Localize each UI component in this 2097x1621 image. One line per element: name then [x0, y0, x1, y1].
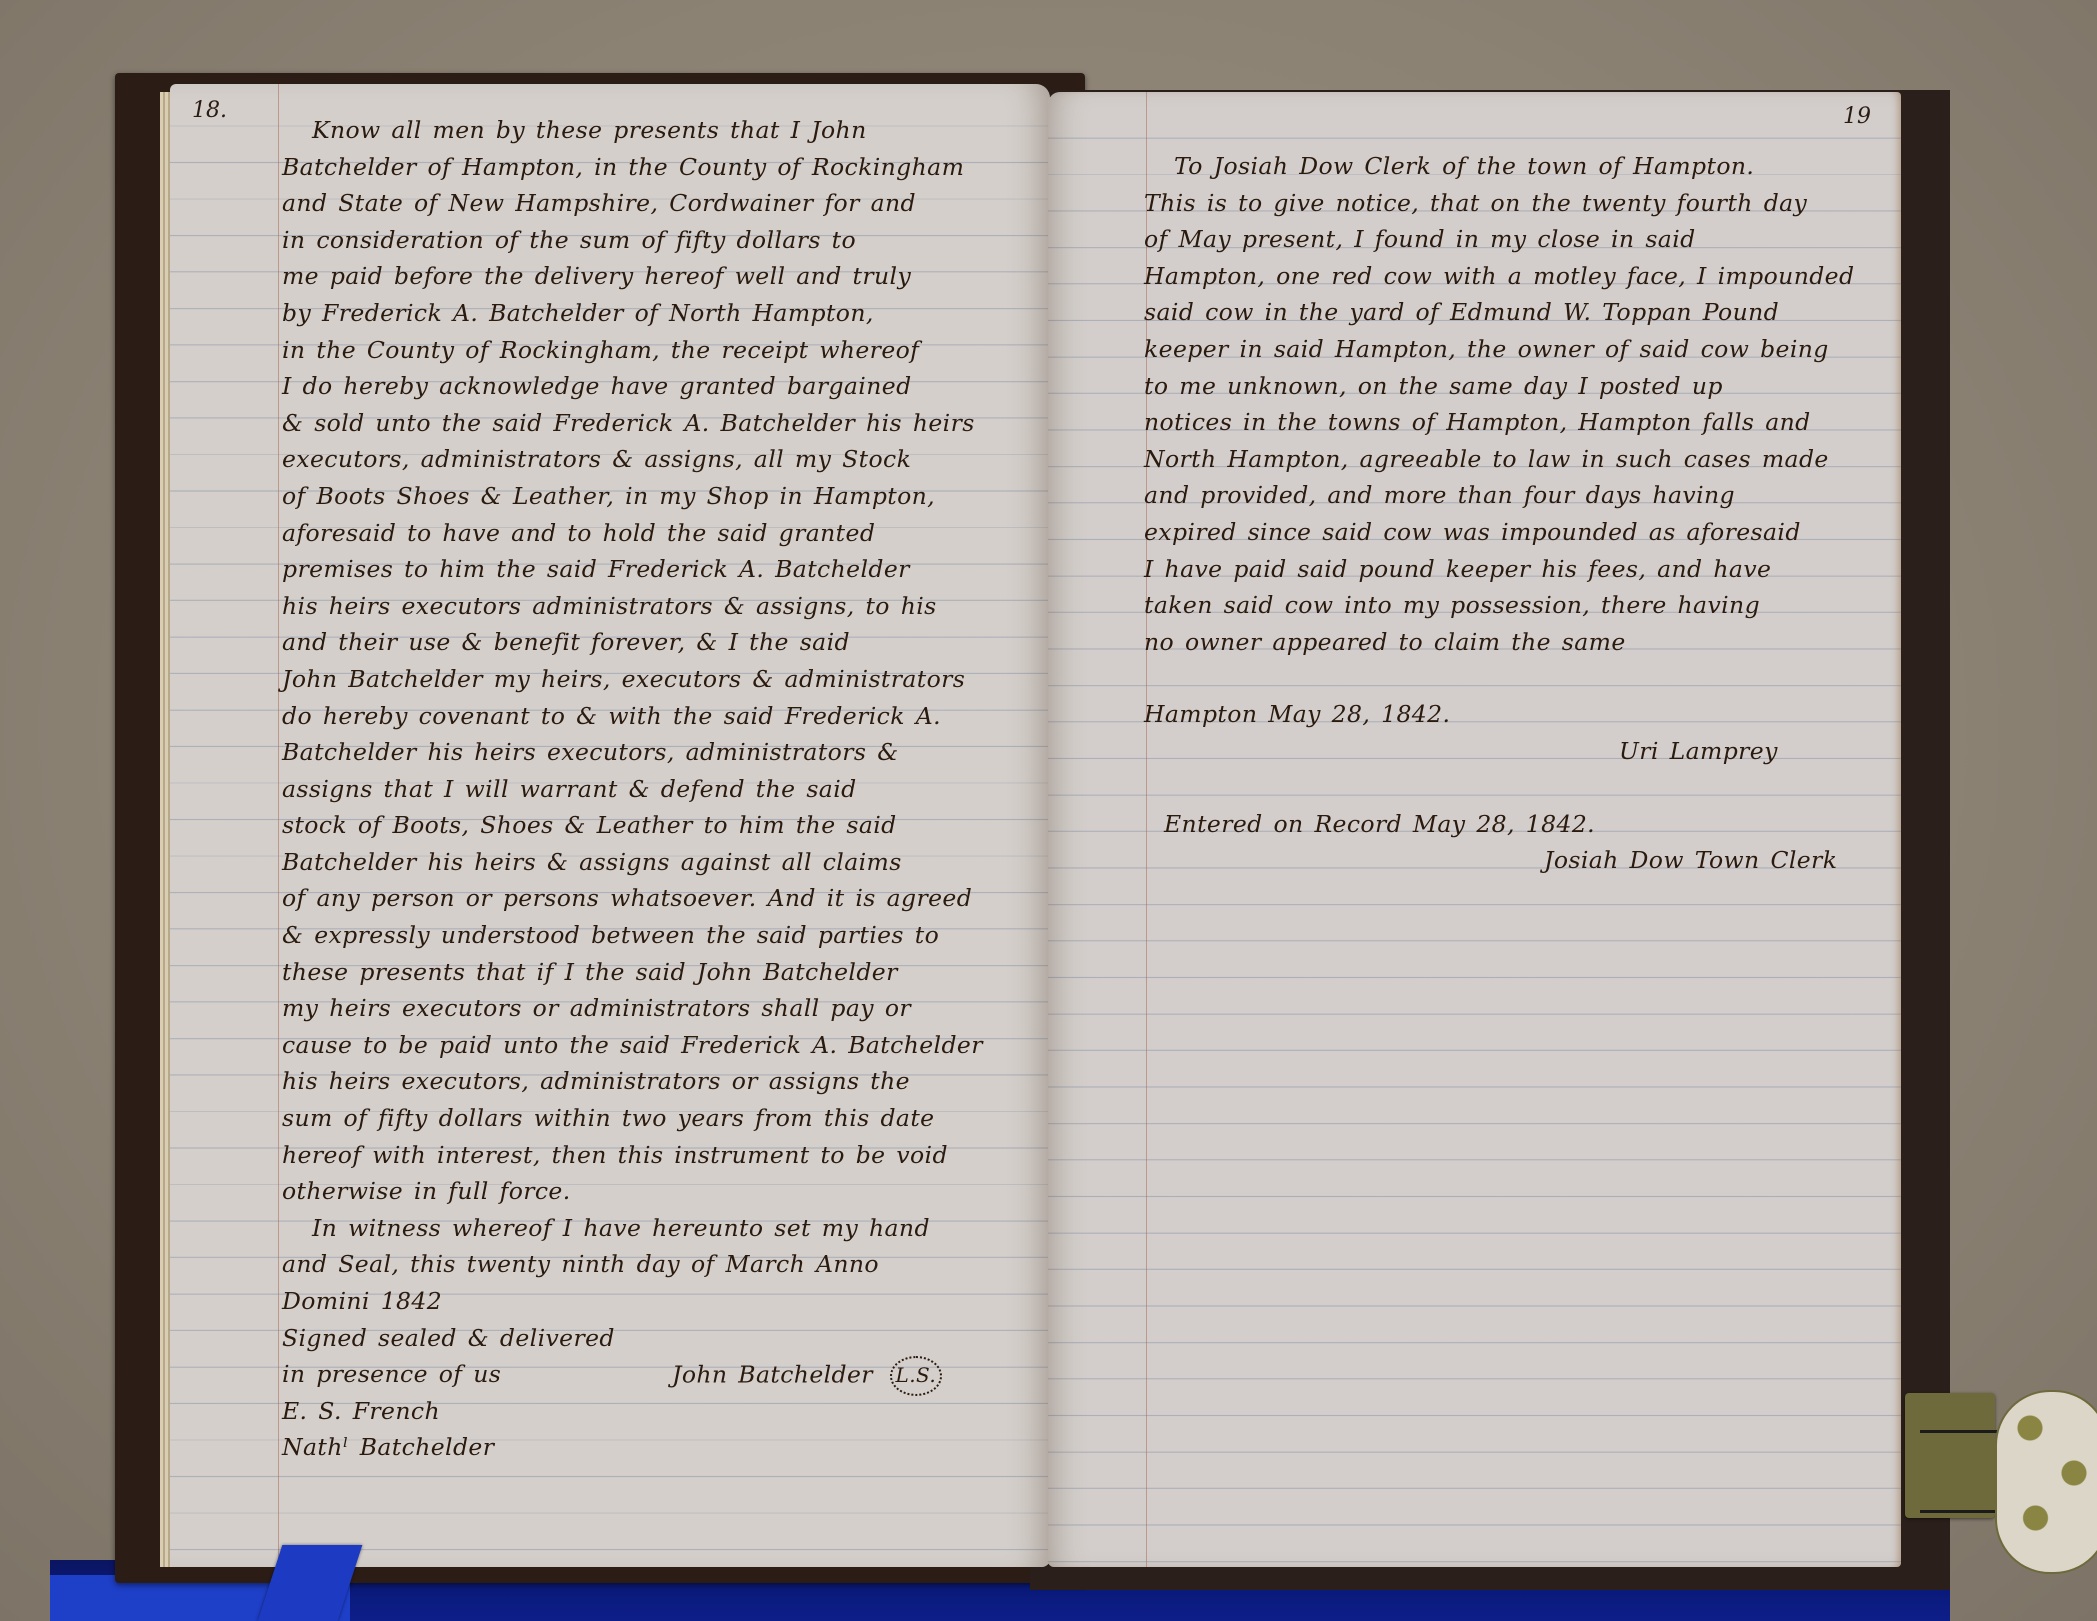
text-line: these presents that if I the said John B… — [282, 954, 1042, 991]
text-line: do hereby covenant to & with the said Fr… — [282, 698, 1042, 735]
witness-name: Nathˡ Batchelder — [282, 1429, 1042, 1466]
text-line: premises to him the said Frederick A. Ba… — [282, 551, 1042, 588]
text-line: of May present, I found in my close in s… — [1144, 221, 1884, 258]
text-line: me paid before the delivery hereof well … — [282, 258, 1042, 295]
text-line: I do hereby acknowledge have granted bar… — [282, 368, 1042, 405]
text-line: This is to give notice, that on the twen… — [1144, 185, 1884, 222]
grantor-signature: John Batchelder L.S. — [672, 1356, 942, 1396]
text-line: by Frederick A. Batchelder of North Hamp… — [282, 295, 1042, 332]
entry-note: Entered on Record May 28, 1842. — [1144, 806, 1884, 843]
text-line: sum of fifty dollars within two years fr… — [282, 1100, 1042, 1137]
text-line: to me unknown, on the same day I posted … — [1144, 368, 1884, 405]
text-line: Batchelder of Hampton, in the County of … — [282, 149, 1042, 186]
text-line: Batchelder his heirs & assigns against a… — [282, 844, 1042, 881]
text-line: executors, administrators & assigns, all… — [282, 441, 1042, 478]
witness-clause-line: Domini 1842 — [282, 1283, 1042, 1320]
text-line: said cow in the yard of Edmund W. Toppan… — [1144, 294, 1884, 331]
impound-notice-text: To Josiah Dow Clerk of the town of Hampt… — [1144, 148, 1884, 879]
text-line: in consideration of the sum of fifty dol… — [282, 222, 1042, 259]
text-line: in the County of Rockingham, the receipt… — [282, 332, 1042, 369]
text-line: taken said cow into my possession, there… — [1144, 587, 1884, 624]
text-line: hereof with interest, then this instrume… — [282, 1137, 1042, 1174]
clerk-signature: Josiah Dow Town Clerk — [1144, 842, 1884, 879]
text-line: I have paid said pound keeper his fees, … — [1144, 551, 1884, 588]
seal-icon: L.S. — [890, 1356, 942, 1396]
bill-of-sale-text: Know all men by these presents that I Jo… — [282, 112, 1042, 1466]
text-line: no owner appeared to claim the same — [1144, 624, 1884, 661]
text-line: and State of New Hampshire, Cordwainer f… — [282, 185, 1042, 222]
text-line: of any person or persons whatsoever. And… — [282, 880, 1042, 917]
text-line: otherwise in full force. — [282, 1173, 1042, 1210]
text-line: stock of Boots, Shoes & Leather to him t… — [282, 807, 1042, 844]
text-line: North Hampton, agreeable to law in such … — [1144, 441, 1884, 478]
text-line: aforesaid to have and to hold the said g… — [282, 515, 1042, 552]
text-line: notices in the towns of Hampton, Hampton… — [1144, 404, 1884, 441]
text-line: cause to be paid unto the said Frederick… — [282, 1027, 1042, 1064]
attestation-line: in presence of us — [282, 1360, 501, 1388]
text-line: Hampton, one red cow with a motley face,… — [1144, 258, 1884, 295]
margin-rule — [278, 84, 279, 1567]
text-line: Know all men by these presents that I Jo… — [282, 112, 1042, 149]
page-number: 19 — [1843, 104, 1871, 129]
signer-signature: Uri Lamprey — [1144, 733, 1884, 770]
witness-name: E. S. French — [282, 1393, 1042, 1430]
text-line: my heirs executors or administrators sha… — [282, 990, 1042, 1027]
text-line: and provided, and more than four days ha… — [1144, 477, 1884, 514]
text-line: Batchelder his heirs executors, administ… — [282, 734, 1042, 771]
right-page: 19 To Josiah Dow Clerk of the town of Ha… — [1048, 92, 1901, 1567]
text-line: & expressly understood between the said … — [282, 917, 1042, 954]
signature-name: John Batchelder — [672, 1361, 873, 1389]
text-line: and their use & benefit forever, & I the… — [282, 624, 1042, 661]
text-line: of Boots Shoes & Leather, in my Shop in … — [282, 478, 1042, 515]
attestation-line: Signed sealed & delivered — [282, 1320, 1042, 1357]
address-line: To Josiah Dow Clerk of the town of Hampt… — [1144, 148, 1884, 185]
patterned-clip-disc — [1995, 1390, 2097, 1574]
page-number: 18. — [192, 98, 227, 123]
text-line: his heirs executors, administrators or a… — [282, 1063, 1042, 1100]
text-line: assigns that I will warrant & defend the… — [282, 771, 1042, 808]
witness-clause-line: In witness whereof I have hereunto set m… — [282, 1210, 1042, 1247]
text-line: keeper in said Hampton, the owner of sai… — [1144, 331, 1884, 368]
left-page: 18. Know all men by these presents that … — [170, 84, 1050, 1567]
dateline: Hampton May 28, 1842. — [1144, 696, 1884, 733]
text-line: & sold unto the said Frederick A. Batche… — [282, 405, 1042, 442]
attestation-signature-row: in presence of us John Batchelder L.S. — [282, 1356, 1042, 1393]
text-line: his heirs executors administrators & ass… — [282, 588, 1042, 625]
text-line: expired since said cow was impounded as … — [1144, 514, 1884, 551]
binder-clip — [1905, 1393, 1995, 1518]
witness-clause-line: and Seal, this twenty ninth day of March… — [282, 1246, 1042, 1283]
text-line: John Batchelder my heirs, executors & ad… — [282, 661, 1042, 698]
